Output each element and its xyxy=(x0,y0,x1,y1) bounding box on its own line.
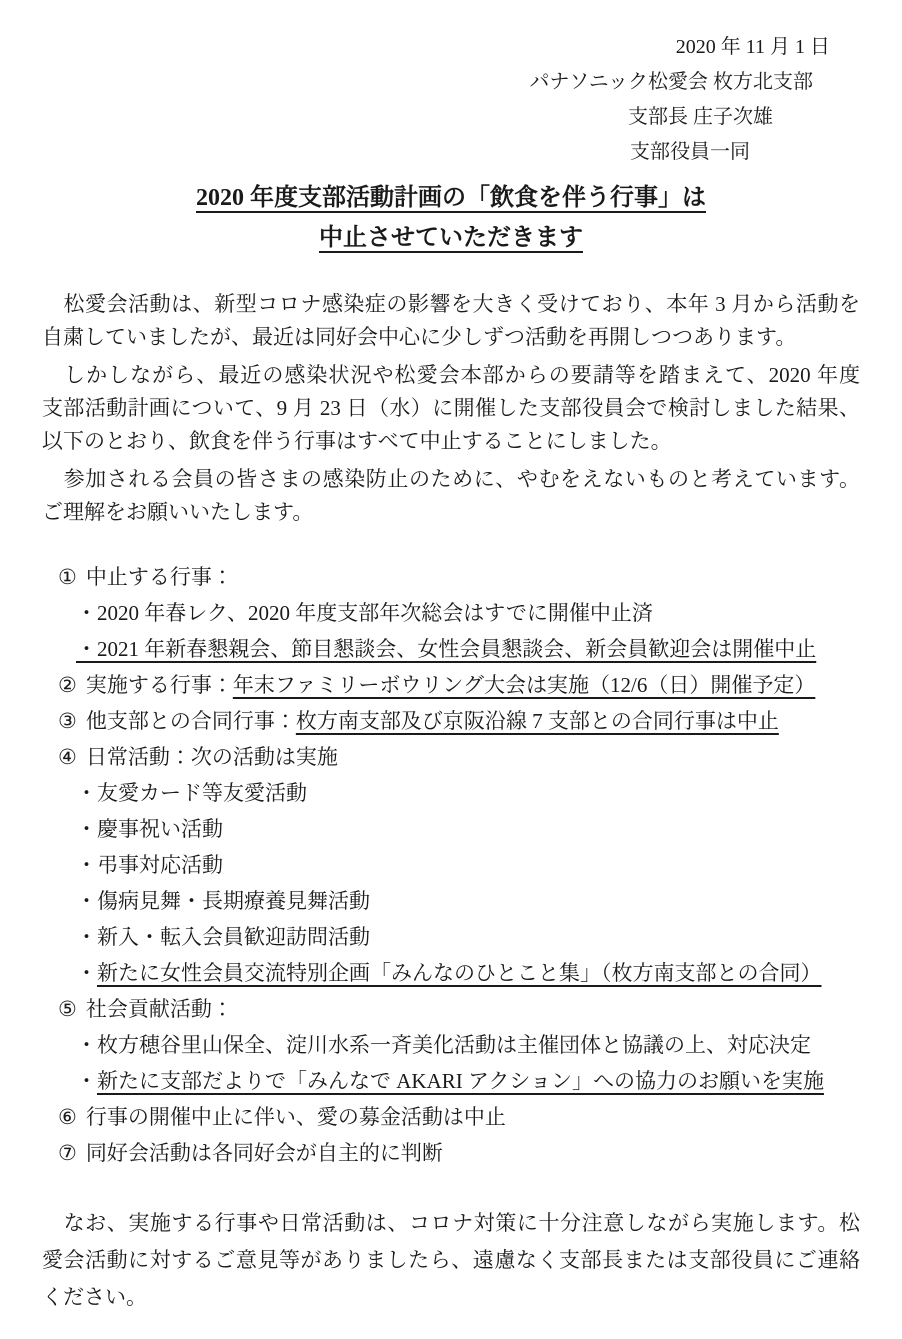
list-item-2: ②実施する行事：年末ファミリーボウリング大会は実施（12/6（日）開催予定） xyxy=(42,667,860,703)
list-item-5-bullet-2: ・新たに支部だよりで「みんなで AKARI アクション」への協力のお願いを実施 xyxy=(42,1063,860,1099)
item-number: ① xyxy=(58,565,77,589)
bullet-icon: ・ xyxy=(76,1069,97,1093)
item-number: ⑤ xyxy=(58,997,77,1021)
paragraph-3: 参加される会員の皆さまの感染防止のために、やむをえないものと考えています。 ご理… xyxy=(42,463,860,529)
organization-name: パナソニック松愛会 枚方北支部 xyxy=(42,65,813,100)
bullet-icon: ・ xyxy=(76,853,97,877)
document-date: 2020 年 11 月 1 日 xyxy=(42,30,830,65)
paragraph-1: 松愛会活動は、新型コロナ感染症の影響を大きく受けており、本年 3 月から活動を … xyxy=(42,288,860,354)
list-item-4-bullet-4: ・傷病見舞・長期療養見舞活動 xyxy=(42,883,860,919)
branch-officers: 支部役員一同 xyxy=(42,135,750,170)
list-item-5-bullet-1: ・枚方穂谷里山保全、淀川水系一斉美化活動は主催団体と協議の上、対応決定 xyxy=(42,1027,860,1063)
item-number: ③ xyxy=(58,709,77,733)
paragraph-line: ご理解をお願いいたします。 xyxy=(42,496,860,529)
paragraph-line: 自粛していましたが、最近は同好会中心に少しずつ活動を再開しつつあります。 xyxy=(42,321,860,354)
title-line-1: 2020 年度支部活動計画の「飲食を伴う行事」は xyxy=(42,178,860,218)
paragraph-line: 以下のとおり、飲食を伴う行事はすべて中止することにしました。 xyxy=(42,425,860,458)
document-page: 2020 年 11 月 1 日 パナソニック松愛会 枚方北支部 支部長 庄子次雄… xyxy=(0,0,902,1339)
paragraph-line: 参加される会員の皆さまの感染防止のために、やむをえないものと考えています。 xyxy=(42,463,860,496)
list-item-4: ④日常活動：次の活動は実施 xyxy=(42,739,860,775)
list-item-4-bullet-3: ・弔事対応活動 xyxy=(42,847,860,883)
bullet-icon: ・ xyxy=(76,817,97,841)
item-number: ② xyxy=(58,673,77,697)
sender-block: 2020 年 11 月 1 日 パナソニック松愛会 枚方北支部 支部長 庄子次雄… xyxy=(42,30,860,170)
body-text: 松愛会活動は、新型コロナ感染症の影響を大きく受けており、本年 3 月から活動を … xyxy=(42,288,860,529)
bullet-icon: ・ xyxy=(76,961,97,985)
decision-list: ①中止する行事： ・2020 年春レク、2020 年度支部年次総会はすでに開催中… xyxy=(42,559,860,1171)
item-number: ⑦ xyxy=(58,1141,77,1165)
list-item-4-bullet-6: ・新たに女性会員交流特別企画「みんなのひとこと集」（枚方南支部との合同） xyxy=(42,955,860,991)
list-item-5: ⑤社会貢献活動： xyxy=(42,991,860,1027)
list-item-1: ①中止する行事： xyxy=(42,559,860,595)
list-item-1-bullet-2: ・2021 年新春懇親会、節目懇談会、女性会員懇談会、新会員歓迎会は開催中止 xyxy=(42,631,860,667)
list-item-4-bullet-5: ・新入・転入会員歓迎訪問活動 xyxy=(42,919,860,955)
paragraph-line: 松愛会活動は、新型コロナ感染症の影響を大きく受けており、本年 3 月から活動を xyxy=(42,288,860,321)
document-title: 2020 年度支部活動計画の「飲食を伴う行事」は 中止させていただきます xyxy=(42,178,860,258)
item-number: ④ xyxy=(58,745,77,769)
paragraph-line: 愛会活動に対するご意見等がありましたら、遠慮なく支部長または支部役員にご連絡 xyxy=(42,1242,860,1279)
paragraph-line: しかしながら、最近の感染状況や松愛会本部からの要請等を踏まえて、2020 年度 xyxy=(42,359,860,392)
list-item-3: ③他支部との合同行事：枚方南支部及び京阪沿線 7 支部との合同行事は中止 xyxy=(42,703,860,739)
title-line-2: 中止させていただきます xyxy=(42,218,860,258)
list-item-4-bullet-2: ・慶事祝い活動 xyxy=(42,811,860,847)
bullet-icon: ・ xyxy=(76,925,97,949)
paragraph-line: 支部活動計画について、9 月 23 日（水）に開催した支部役員会で検討しました結… xyxy=(42,392,860,425)
list-item-7: ⑦同好会活動は各同好会が自主的に判断 xyxy=(42,1135,860,1171)
list-item-6: ⑥行事の開催中止に伴い、愛の募金活動は中止 xyxy=(42,1099,860,1135)
bullet-icon: ・ xyxy=(76,781,97,805)
paragraph-line: なお、実施する行事や日常活動は、コロナ対策に十分注意しながら実施します。松 xyxy=(42,1205,860,1242)
bullet-icon: ・ xyxy=(76,601,97,625)
item-number: ⑥ xyxy=(58,1105,77,1129)
closing-paragraph: なお、実施する行事や日常活動は、コロナ対策に十分注意しながら実施します。松 愛会… xyxy=(42,1205,860,1316)
branch-chief-name: 支部長 庄子次雄 xyxy=(42,100,773,135)
list-item-4-bullet-1: ・友愛カード等友愛活動 xyxy=(42,775,860,811)
list-item-1-bullet-1: ・2020 年春レク、2020 年度支部年次総会はすでに開催中止済 xyxy=(42,595,860,631)
bullet-icon: ・ xyxy=(76,637,97,661)
bullet-icon: ・ xyxy=(76,889,97,913)
paragraph-2: しかしながら、最近の感染状況や松愛会本部からの要請等を踏まえて、2020 年度 … xyxy=(42,359,860,458)
bullet-icon: ・ xyxy=(76,1033,97,1057)
paragraph-line: ください。 xyxy=(42,1279,860,1316)
